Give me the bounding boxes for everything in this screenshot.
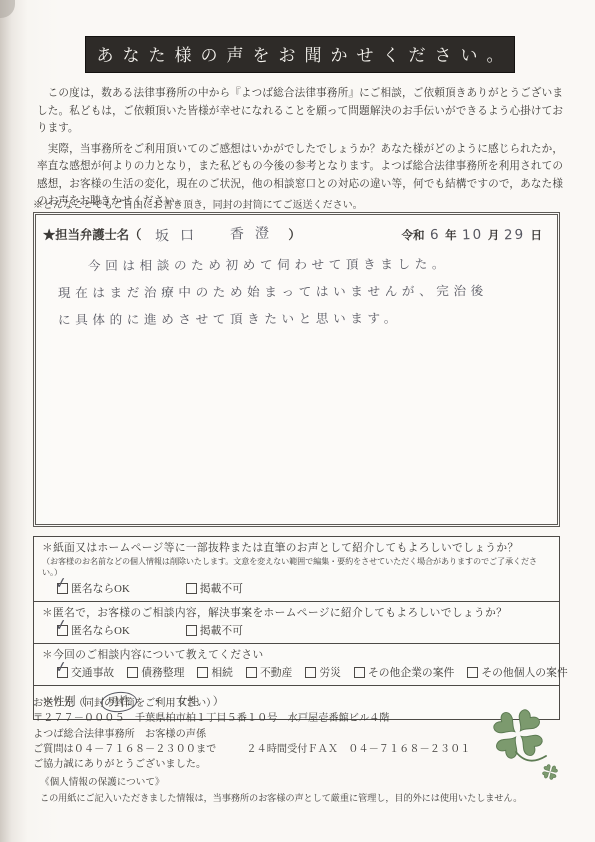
checkbox-option-no-publish[interactable]: 掲載不可 (186, 623, 243, 638)
thanks-line: ご協力誠にありがとうございました。 (33, 757, 503, 772)
checkbox-option-real-estate[interactable]: 不動産 (246, 665, 292, 680)
checkbox-icon[interactable] (186, 583, 197, 594)
options-row: ✓ 匿名ならOK 掲載不可 (57, 581, 551, 596)
checkbox-label: 匿名ならOK (71, 623, 130, 638)
checkbox-label: 掲載不可 (200, 581, 243, 596)
date-field: 令和 6 年 10 月 29 日 (397, 227, 547, 243)
scan-corner-artifact (0, 0, 15, 18)
checkbox-label: 債務整理 (141, 665, 184, 680)
options-row: ✓ 交通事故 債務整理 相続 不動産 労災 (57, 665, 551, 680)
feedback-box-header: ★担当弁護士名（ 坂口 香澄 ） 令和 6 年 10 月 29 日 (36, 215, 557, 244)
checkbox-option-debt[interactable]: 債務整理 (127, 665, 184, 680)
date-year-unit: 年 (445, 227, 457, 243)
date-day-handwritten: 29 (504, 227, 526, 244)
checkbox-label: 交通事故 (71, 665, 114, 680)
attorney-label-prefix: ★担当弁護士名（ (43, 225, 141, 243)
checkbox-icon[interactable] (197, 667, 208, 678)
address-line: 〒２７７－０００５ 千葉県柏市柏１丁目５番１０号 水戸屋壱番館ビル４階 (33, 711, 503, 726)
checkbox-label: 相続 (211, 665, 233, 680)
check-mark-icon: ✓ (54, 659, 69, 676)
checkbox-label: その他個人の案件 (481, 665, 567, 680)
handwritten-feedback: 今回は相談のため初めて伺わせて頂きました。 現在はまだ治療中のため始まってはいま… (36, 244, 557, 332)
checkbox-label: 労災 (319, 665, 341, 680)
free-writing-note: ※どんなことでもご自由にお書き頂き，同封の封筒にてご返送ください。 (33, 196, 363, 211)
checkbox-label: 不動産 (260, 665, 292, 680)
checkbox-icon[interactable] (305, 667, 316, 678)
mailing-info: お送り先（同封の封筒をご利用下さい） 〒２７７－０００５ 千葉県柏市柏１丁目５番… (33, 696, 503, 772)
attorney-label-suffix: ） (288, 225, 300, 243)
checkbox-label: 掲載不可 (200, 623, 243, 638)
feedback-writing-box[interactable]: ★担当弁護士名（ 坂口 香澄 ） 令和 6 年 10 月 29 日 今回は相談の… (33, 212, 560, 527)
checkbox-checked-icon[interactable]: ✓ (57, 583, 68, 594)
checkbox-option-anonymous-ok[interactable]: ✓ 匿名ならOK (57, 623, 130, 638)
checkbox-icon[interactable] (186, 625, 197, 636)
date-month-unit: 月 (488, 227, 500, 243)
options-row: ✓ 匿名ならOK 掲載不可 (57, 623, 551, 638)
checkbox-checked-icon[interactable]: ✓ (57, 625, 68, 636)
checkbox-icon[interactable] (127, 667, 138, 678)
checkbox-option-traffic-accident[interactable]: ✓ 交通事故 (57, 665, 114, 680)
page-title-banner: あなた様の声をお聞かせください。 (85, 36, 515, 73)
question-text: ＊匿名で，お客様のご相談内容，解決事案をホームページに紹介してもよろしいでしょう… (42, 605, 551, 620)
question-note: （お客様のお名前などの個人情報は削除いたします。文意を変えない範囲で編集・要約を… (42, 556, 551, 578)
page-title: あなた様の声をお聞かせください。 (97, 46, 513, 65)
checkbox-label: 匿名ならOK (71, 581, 130, 596)
question-row-case-type: ＊今回のご相談内容について教えてください ✓ 交通事故 債務整理 相続 不動産 (34, 644, 559, 686)
date-month-handwritten: 10 (461, 227, 483, 244)
check-mark-icon: ✓ (54, 575, 69, 592)
fax-number: ２４時間受付ＦＡＸ ０４－７１６８－２３０１ (246, 742, 470, 757)
privacy-section: 《個人情報の保護について》 この用紙にご記入いただきました情報は，当事務所のお客… (40, 774, 565, 804)
question-text: ＊今回のご相談内容について教えてください (42, 647, 551, 662)
intro-paragraph-1: この度は，数ある法律事務所の中から『よつば総合法律事務所』にご相談，ご依頼頂きあ… (37, 85, 563, 138)
handwritten-line: に具体的に進めさせて頂きたいと思います。 (58, 304, 545, 334)
privacy-body: この用紙にご記入いただきました情報は，当事務所のお客様の声として厳重に管理し，目… (40, 790, 565, 804)
handwritten-line: 現在はまだ治療中のため始まってはいませんが、完治後 (58, 277, 545, 307)
scanned-feedback-form: あなた様の声をお聞かせください。 この度は，数ある法律事務所の中から『よつば総合… (0, 0, 595, 842)
attorney-name-handwritten: 坂口 香澄 (155, 222, 280, 245)
intro-paragraphs: この度は，数ある法律事務所の中から『よつば総合法律事務所』にご相談，ご依頼頂きあ… (37, 85, 563, 214)
privacy-title: 《個人情報の保護について》 (40, 774, 565, 788)
send-to-line: お送り先（同封の封筒をご利用下さい） (33, 696, 503, 711)
handwritten-line: 今回は相談のため初めて伺わせて頂きました。 (58, 250, 545, 280)
checkbox-option-anonymous-ok[interactable]: ✓ 匿名ならOK (57, 581, 130, 596)
questions-table: ＊紙面又はホームページ等に一部抜粋または直筆のお声として紹介してもよろしいでしょ… (33, 536, 560, 720)
question-row-publish-case: ＊匿名で，お客様のご相談内容，解決事案をホームページに紹介してもよろしいでしょう… (34, 602, 559, 644)
checkbox-option-other-personal[interactable]: その他個人の案件 (467, 665, 567, 680)
checkbox-icon[interactable] (467, 667, 478, 678)
check-mark-icon: ✓ (54, 617, 69, 634)
checkbox-option-other-corporate[interactable]: その他企業の案件 (354, 665, 454, 680)
date-year-handwritten: 6 (429, 227, 440, 243)
date-era: 令和 (402, 227, 425, 243)
checkbox-option-labor-accident[interactable]: 労災 (305, 665, 341, 680)
checkbox-label: その他企業の案件 (368, 665, 454, 680)
checkbox-icon[interactable] (246, 667, 257, 678)
question-row-publish-voice: ＊紙面又はホームページ等に一部抜粋または直筆のお声として紹介してもよろしいでしょ… (34, 537, 559, 602)
question-text: ＊紙面又はホームページ等に一部抜粋または直筆のお声として紹介してもよろしいでしょ… (42, 540, 551, 555)
checkbox-option-inheritance[interactable]: 相続 (197, 665, 233, 680)
date-day-unit: 日 (531, 227, 543, 243)
checkbox-option-no-publish[interactable]: 掲載不可 (186, 581, 243, 596)
phone-number: ご質問は０４－７１６８－２３００まで (33, 742, 216, 757)
contact-line: ご質問は０４－７１６８－２３００まで ２４時間受付ＦＡＸ ０４－７１６８－２３０… (33, 742, 503, 757)
checkbox-icon[interactable] (354, 667, 365, 678)
checkbox-checked-icon[interactable]: ✓ (57, 667, 68, 678)
office-line: よつば総合法律事務所 お客様の声係 (33, 727, 503, 742)
